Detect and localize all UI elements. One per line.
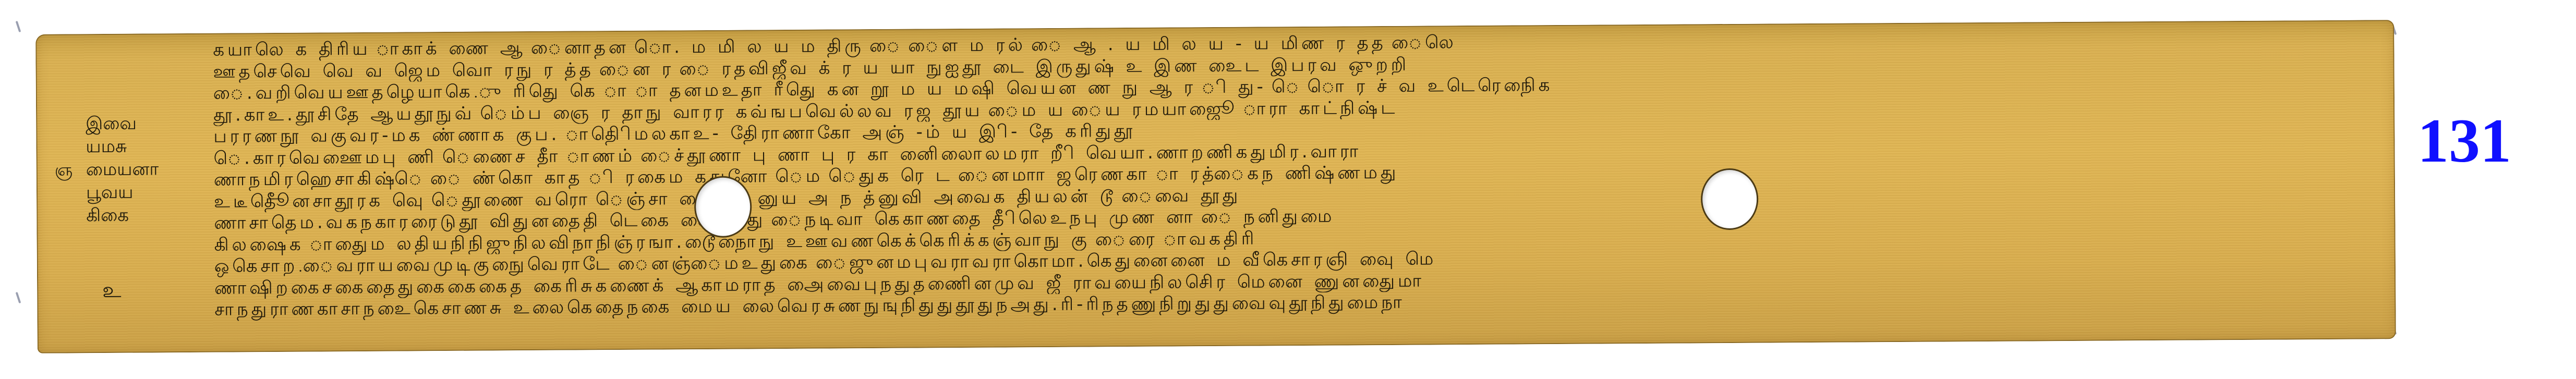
margin-note-line: மையனா bbox=[86, 157, 211, 181]
scan-mark bbox=[16, 21, 21, 32]
margin-index-mark: ஞ bbox=[55, 158, 73, 181]
margin-note-line: யமசு bbox=[86, 135, 211, 158]
folio-number: 131 bbox=[2417, 109, 2511, 172]
margin-note-line: இவை bbox=[86, 112, 211, 135]
scan-mark bbox=[16, 292, 21, 303]
palm-leaf: இவை யமசு மையனா பூவய கிகை ஞ உ கயாலெ க திர… bbox=[35, 20, 2396, 353]
binding-hole bbox=[696, 177, 751, 236]
margin-note-line: கிகை bbox=[86, 203, 211, 227]
binding-hole bbox=[1702, 170, 1757, 229]
manuscript-text: கயாலெ க திரிய ாகாக் ணை ஆ ைனாதன ாெ. ம மி … bbox=[213, 27, 2333, 321]
margin-bottom-mark: உ bbox=[102, 279, 122, 302]
margin-note: இவை யமசு மையனா பூவய கிகை ஞ உ bbox=[86, 112, 211, 227]
margin-note-line: பூவய bbox=[86, 180, 211, 204]
